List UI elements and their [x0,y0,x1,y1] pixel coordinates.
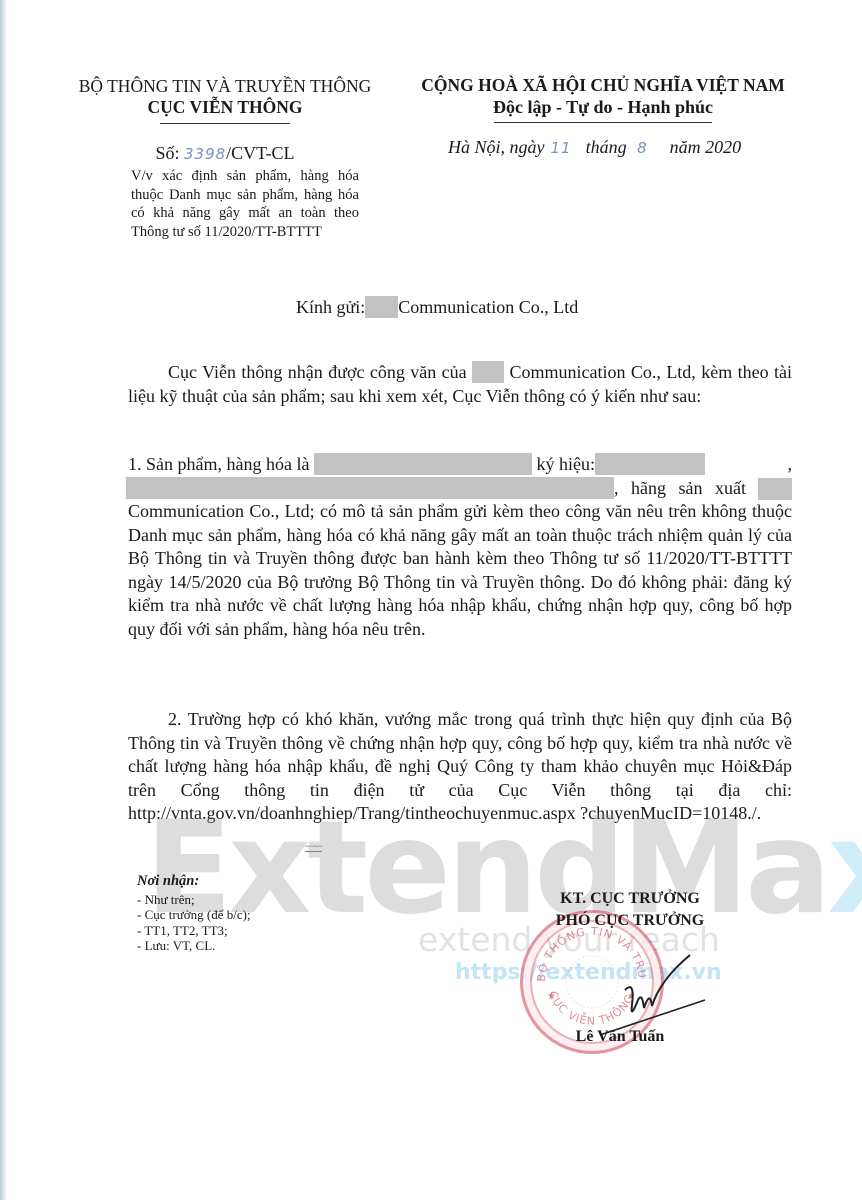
issuing-authority: BỘ THÔNG TIN VÀ TRUYỀN THÔNG CỤC VIỄN TH… [60,76,390,124]
document-number: Số: 3398/CVT-CL [60,143,390,164]
document-date: Hà Nội, ngày11tháng 8năm 2020 [448,137,788,158]
scan-page-edge [0,0,7,1200]
number-suffix: /CVT-CL [226,143,294,163]
item-1-comma: , [788,453,793,477]
recipient-item: - Lưu: VT, CL. [137,938,251,954]
redacted-manufacturer [758,478,792,500]
header-right-rule [494,122,712,123]
recipients-list: Nơi nhận: - Như trên; - Cục trưởng (để b… [137,874,251,954]
item-1-manufacturer-label: , hãng sản xuất [614,478,746,498]
date-prefix: Hà Nội, ngày [448,137,545,157]
recipient-label: Kính gửi: [296,297,365,317]
redacted-product-description [126,477,614,499]
national-motto: Độc lập - Tự do - Hạnh phúc [408,96,798,118]
department-name: CỤC VIỄN THÔNG [60,97,390,118]
national-header: CỘNG HOÀ XÃ HỘI CHỦ NGHĨA VIỆT NAM Độc l… [408,74,798,123]
watermark-brand: ExtendMax [145,805,862,933]
item-1-line-2: , hãng sản xuất [128,477,792,501]
item-1: 1. Sản phẩm, hàng hóa là ký hiệu:, , hãn… [128,453,792,641]
handwritten-signature-icon [580,950,720,1040]
intro-paragraph: Cục Viễn thông nhận được công văn của Co… [128,361,792,408]
svg-text:★: ★ [547,991,556,1002]
date-year: năm 2020 [670,137,742,157]
date-day: 11 [551,139,572,157]
ministry-name: BỘ THÔNG TIN VÀ TRUYỀN THÔNG [60,76,390,97]
item-1-text-a: 1. Sản phẩm, hàng hóa là [128,454,309,474]
header-left-rule [160,123,290,124]
recipient-item: - TT1, TT2, TT3; [137,923,251,939]
date-month: 8 [637,139,648,157]
item-1-body: Communication Co., Ltd; có mô tả sản phẩ… [128,500,792,641]
recipient-line: Kính gửi:Communication Co., Ltd [296,296,578,318]
number-handwritten: 3398 [184,145,226,163]
redacted-company-prefix [472,361,504,383]
recipient-company: Communication Co., Ltd [398,297,578,317]
redacted-company-prefix [365,296,398,318]
redacted-model-number [595,453,705,475]
signer-title-line-2: PHÓ CỤC TRƯỞNG [520,910,740,932]
signer-title-line-1: KT. CỤC TRƯỞNG [520,888,740,910]
signer-title: KT. CỤC TRƯỞNG PHÓ CỤC TRƯỞNG [520,888,740,932]
signer-name: Lê Văn Tuấn [530,1028,710,1046]
item-1-line-1: 1. Sản phẩm, hàng hóa là ký hiệu:, [128,453,792,477]
recipient-item: - Cục trưởng (để b/c); [137,907,251,923]
item-1-model-label: ký hiệu: [536,454,595,474]
country-name: CỘNG HOÀ XÃ HỘI CHỦ NGHĨA VIỆT NAM [408,74,798,96]
recipient-item: - Như trên; [137,892,251,908]
watermark-brand-x: x [828,794,862,943]
redacted-product-name [314,453,532,475]
document-subject: V/v xác định sản phẩm, hàng hóa thuộc Da… [131,167,359,241]
intro-text-a: Cục Viễn thông nhận được công văn của [168,362,467,382]
date-month-label: tháng [586,137,627,157]
number-label: Số: [155,143,179,163]
recipients-title: Nơi nhận: [137,874,251,890]
